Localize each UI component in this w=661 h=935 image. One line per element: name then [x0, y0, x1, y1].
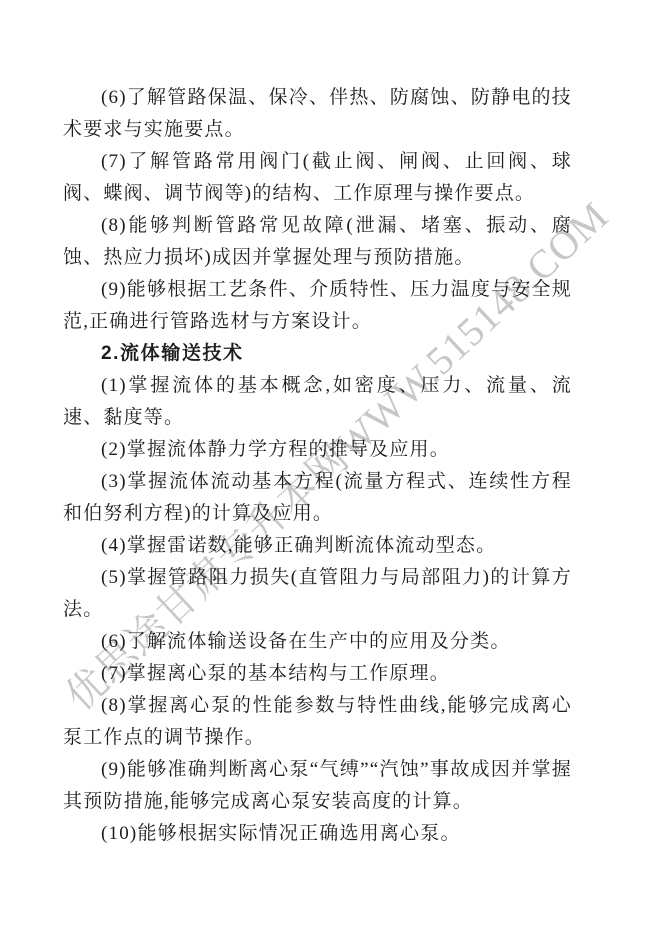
section-heading: 2.流体输送技术: [63, 338, 572, 370]
paragraph: (7)了解管路常用阀门(截止阀、闸阀、止回阀、球阀、蝶阀、调节阀等)的结构、工作…: [63, 146, 572, 210]
paragraph: (2)掌握流体静力学方程的推导及应用。: [63, 434, 572, 466]
paragraph: (4)掌握雷诺数,能够正确判断流体流动型态。: [63, 530, 572, 562]
paragraph: (1)掌握流体的基本概念,如密度、压力、流量、流速、黏度等。: [63, 370, 572, 434]
paragraph: (7)掌握离心泵的基本结构与工作原理。: [63, 658, 572, 690]
paragraph: (8)能够判断管路常见故障(泄漏、堵塞、振动、腐蚀、热应力损坏)成因并掌握处理与…: [63, 210, 572, 274]
paragraph: (8)掌握离心泵的性能参数与特性曲线,能够完成离心泵工作点的调节操作。: [63, 690, 572, 754]
paragraph: (9)能够准确判断离心泵“气缚”“汽蚀”事故成因并掌握其预防措施,能够完成离心泵…: [63, 754, 572, 818]
paragraph: (3)掌握流体流动基本方程(流量方程式、连续性方程和伯努利方程)的计算及应用。: [63, 466, 572, 530]
document-content: (6)了解管路保温、保冷、伴热、防腐蚀、防静电的技术要求与实施要点。(7)了解管…: [63, 82, 572, 850]
document-page: 优思途甘肃专升本网WWW.515148.COM (6)了解管路保温、保冷、伴热、…: [0, 0, 661, 935]
paragraph: (6)了解流体输送设备在生产中的应用及分类。: [63, 626, 572, 658]
paragraph: (5)掌握管路阻力损失(直管阻力与局部阻力)的计算方法。: [63, 562, 572, 626]
paragraph: (6)了解管路保温、保冷、伴热、防腐蚀、防静电的技术要求与实施要点。: [63, 82, 572, 146]
paragraph: (9)能够根据工艺条件、介质特性、压力温度与安全规范,正确进行管路选材与方案设计…: [63, 274, 572, 338]
paragraph: (10)能够根据实际情况正确选用离心泵。: [63, 818, 572, 850]
